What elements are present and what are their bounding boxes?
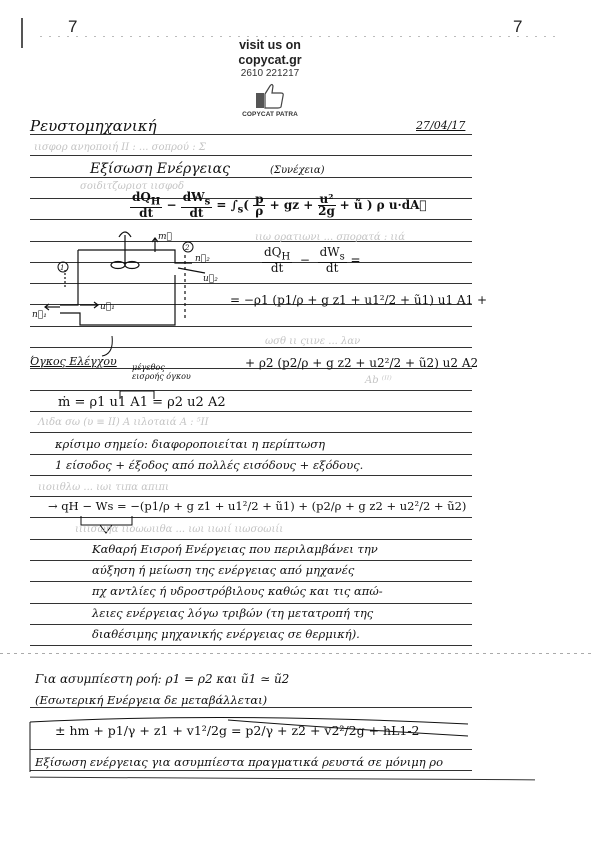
section-subtitle: (Συνέχεια) <box>270 165 325 176</box>
explanation-line: Καθαρή Εισροή Ενέργειας που περιλαμβάνει… <box>92 542 378 556</box>
svg-text:n⃗₁: n⃗₁ <box>32 310 47 320</box>
mass-flow-equation: ṁ = ρ1 u1 A1 = ρ2 u2 A2 <box>58 395 226 410</box>
bleed-text: ιιιισωηα ιιοωωιιθα ... ιωι ιιωιί ιιωσοωι… <box>75 524 283 535</box>
svg-text:m⃗: m⃗ <box>158 232 172 242</box>
ruled-line <box>30 475 472 476</box>
ruled-line <box>30 496 472 497</box>
scan-dotted-line <box>0 653 595 654</box>
svg-text:2: 2 <box>184 244 190 252</box>
ad-phone: 2610 221217 <box>210 68 330 80</box>
ruled-line <box>30 177 472 178</box>
svg-text:1: 1 <box>60 264 64 272</box>
control-volume-diagram: 1 2 m⃗ n⃗₂ u⃗₂ u⃗₁ n⃗₁ <box>20 225 220 335</box>
ruled-line <box>30 581 472 582</box>
ruled-line <box>30 560 472 561</box>
section-title: Εξίσωση Ενέργειας <box>90 161 230 177</box>
cv-equation-lhs: dQHdt − dWsdt = <box>262 247 361 274</box>
bleed-text: Ab ⁽ᴵᴵ⁾ <box>365 375 392 386</box>
bernoulli-equation: ± hm + p1/γ + z1 + v1²/2g = p2/γ + z2 + … <box>55 723 420 738</box>
cv-equation-line1: = −ρ1 (p1/ρ + g z1 + u1²/2 + ũ1) u1 A1 + <box>230 293 487 307</box>
thumbs-up-icon <box>255 83 285 109</box>
top-dotted-line <box>40 36 560 37</box>
ruled-line <box>30 454 472 455</box>
margin-bar <box>21 18 23 48</box>
incompressible-condition: Για ασυμπίεστη ροή: ρ1 = ρ2 και ũ1 ≃ ũ2 <box>35 672 289 686</box>
copycat-advert: visit us on copycat.gr 2610 221217 COPYC… <box>210 38 330 118</box>
ad-brand: COPYCAT PATRA <box>210 111 330 118</box>
ruled-line <box>30 390 472 391</box>
ruled-line <box>30 155 472 156</box>
final-rule <box>30 777 535 781</box>
bleed-text: ιισφορ ανηοποιή ΙΙ : ... σοπρού : Σ <box>34 142 206 153</box>
svg-text:u⃗₁: u⃗₁ <box>100 302 115 312</box>
general-energy-equation: dQHdt − dWsdt = ∫s( pρ + gz + u²2g + ũ )… <box>130 192 427 219</box>
critical-point-text: κρίσιμο σημείο: διαφοροποιείται η περίπτ… <box>55 437 325 451</box>
ad-line2: copycat.gr <box>210 53 330 68</box>
cv-equation-line2: + ρ2 (p2/ρ + g z2 + u2²/2 + ũ2) u2 A2 <box>245 356 478 370</box>
ruled-line <box>30 645 472 646</box>
explanation-line: λειες ενέργειας λόγω τριβών (τη μετατροπ… <box>92 606 373 620</box>
per-mass-energy-equation: → qH − Ws = −(p1/ρ + g z1 + u1²/2 + ũ1) … <box>48 499 466 513</box>
subject-title: Ρευστομηχανική <box>30 117 157 135</box>
explanation-line: διαθέσιμης μηχανικής ενέργειας σε θερμικ… <box>92 627 360 641</box>
svg-text:n⃗₂: n⃗₂ <box>195 254 210 264</box>
bleed-text: ωσθ ιι ςιινε ... λαν <box>265 336 360 347</box>
inlets-outlets-text: 1 είσοδος + έξοδος από πολλές εισόδους +… <box>55 458 363 472</box>
bleed-text: Λιδα σω (υ ≡ ΙΙ) Α ιιλοταιά Α : ⁵ΙΙ <box>38 417 209 428</box>
page-number-right: 7 <box>513 17 522 37</box>
ruled-line <box>30 603 472 604</box>
bleed-text: ιιοιιθλω ... ιωι τιπα απιπι <box>38 482 169 493</box>
ad-line1: visit us on <box>210 38 330 53</box>
page-number-left: 7 <box>68 17 77 37</box>
bleed-text: ιιω ορατιωνι ... σπορατά : ιιά <box>255 232 405 243</box>
explanation-line: αύξηση ή μείωση της ενέργειας από μηχανέ… <box>92 563 354 577</box>
arrow-to-diagram <box>100 336 120 361</box>
ruled-line <box>30 432 472 433</box>
mass-flow-label: μέγεθος εισροής όγκου <box>132 363 192 381</box>
svg-text:u⃗₂: u⃗₂ <box>203 274 218 284</box>
date: 27/04/17 <box>416 119 465 132</box>
incompressible-note: (Εσωτερική Ενέργεια δε μεταβάλλεται) <box>35 693 267 707</box>
ruled-line <box>30 411 472 412</box>
explanation-line: πχ αντλίες ή υδροστρόβιλους καθώς και τι… <box>92 584 383 598</box>
ruled-line <box>30 624 472 625</box>
final-caption: Εξίσωση ενέργειας για ασυμπίεστα πραγματ… <box>35 755 443 769</box>
ruled-line <box>30 347 472 348</box>
ruled-line <box>30 707 472 708</box>
ruled-line <box>30 539 472 540</box>
